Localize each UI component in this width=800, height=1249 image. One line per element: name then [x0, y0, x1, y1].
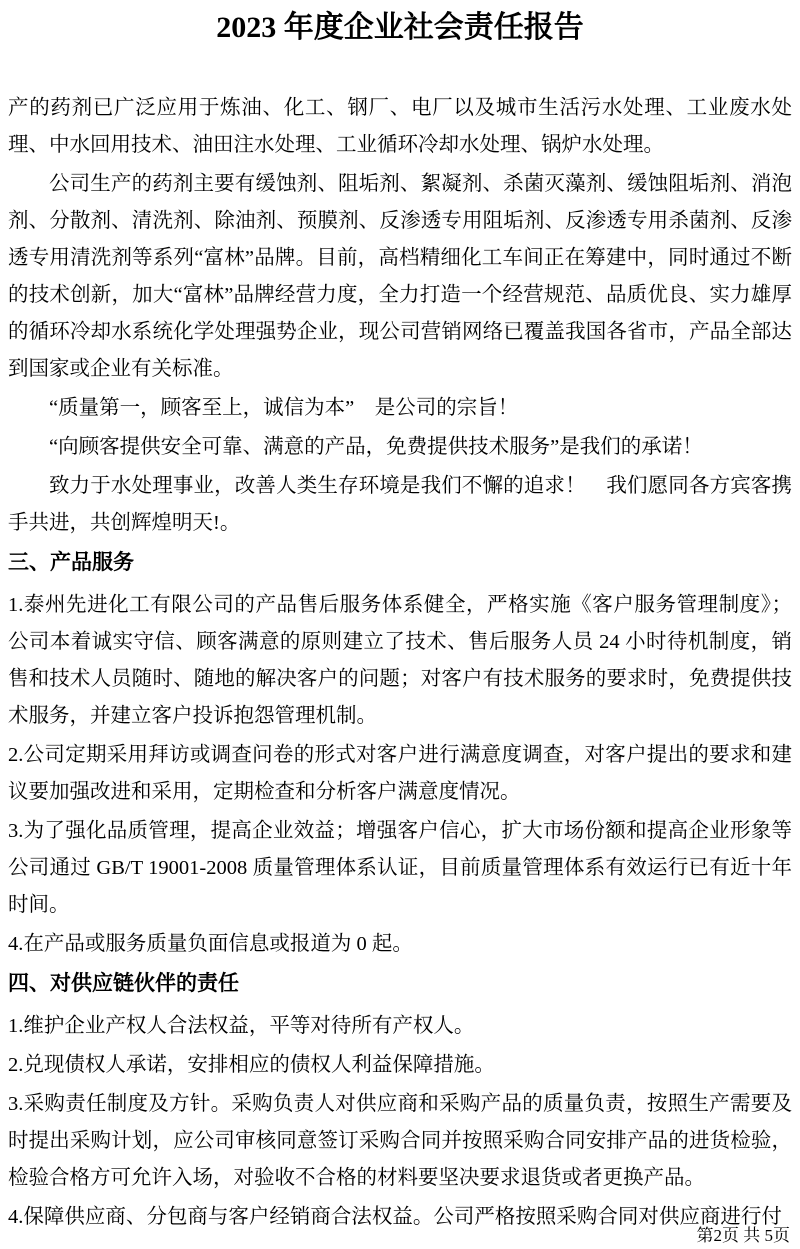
section-item-negative-reports: 4.在产品或服务质量负面信息或报道为 0 起。 — [8, 926, 792, 963]
document-page: 2023 年度企业社会责任报告 产的药剂已广泛应用于炼油、化工、钢厂、电厂以及城… — [0, 0, 800, 1249]
section-item-satisfaction-survey: 2.公司定期采用拜访或调查问卷的形式对客户进行满意度调查，对客户提出的要求和建议… — [8, 737, 792, 811]
section-heading-supply-chain-responsibility: 四、对供应链伙伴的责任 — [8, 965, 792, 1002]
paragraph-company-motto: “质量第一，顾客至上，诚信为本” 是公司的宗旨！ — [8, 390, 792, 427]
page-number-label: 第2页 共 5页 — [697, 1226, 791, 1246]
section-item-creditor-commitments: 2.兑现债权人承诺，安排相应的债权人利益保障措施。 — [8, 1047, 792, 1084]
paragraph-company-promise: “向顾客提供安全可靠、满意的产品，免费提供技术服务”是我们的承诺！ — [8, 429, 792, 466]
section-item-property-rights: 1.维护企业产权人合法权益，平等对待所有产权人。 — [8, 1008, 792, 1045]
section-item-supplier-rights: 4.保障供应商、分包商与客户经销商合法权益。公司严格按照采购合同对供应商进行付 — [8, 1199, 792, 1236]
paragraph-company-pursuit: 致力于水处理事业，改善人类生存环境是我们不懈的追求！ 我们愿同各方宾客携手共进，… — [8, 468, 792, 542]
section-heading-product-service: 三、产品服务 — [8, 544, 792, 581]
page-title: 2023 年度企业社会责任报告 — [8, 8, 792, 48]
section-item-quality-certification: 3.为了强化品质管理，提高企业效益；增强客户信心，扩大市场份额和提高企业形象等公… — [8, 813, 792, 924]
paragraph-product-lines: 公司生产的药剂主要有缓蚀剂、阻垢剂、絮凝剂、杀菌灭藻剂、缓蚀阻垢剂、消泡剂、分散… — [8, 166, 792, 388]
paragraph-product-applications: 产的药剂已广泛应用于炼油、化工、钢厂、电厂以及城市生活污水处理、工业废水处理、中… — [8, 90, 792, 164]
section-item-procurement-policy: 3.采购责任制度及方针。采购负责人对供应商和采购产品的质量负责，按照生产需要及时… — [8, 1086, 792, 1197]
section-item-after-sales-service: 1.泰州先进化工有限公司的产品售后服务体系健全，严格实施《客户服务管理制度》；公… — [8, 587, 792, 735]
